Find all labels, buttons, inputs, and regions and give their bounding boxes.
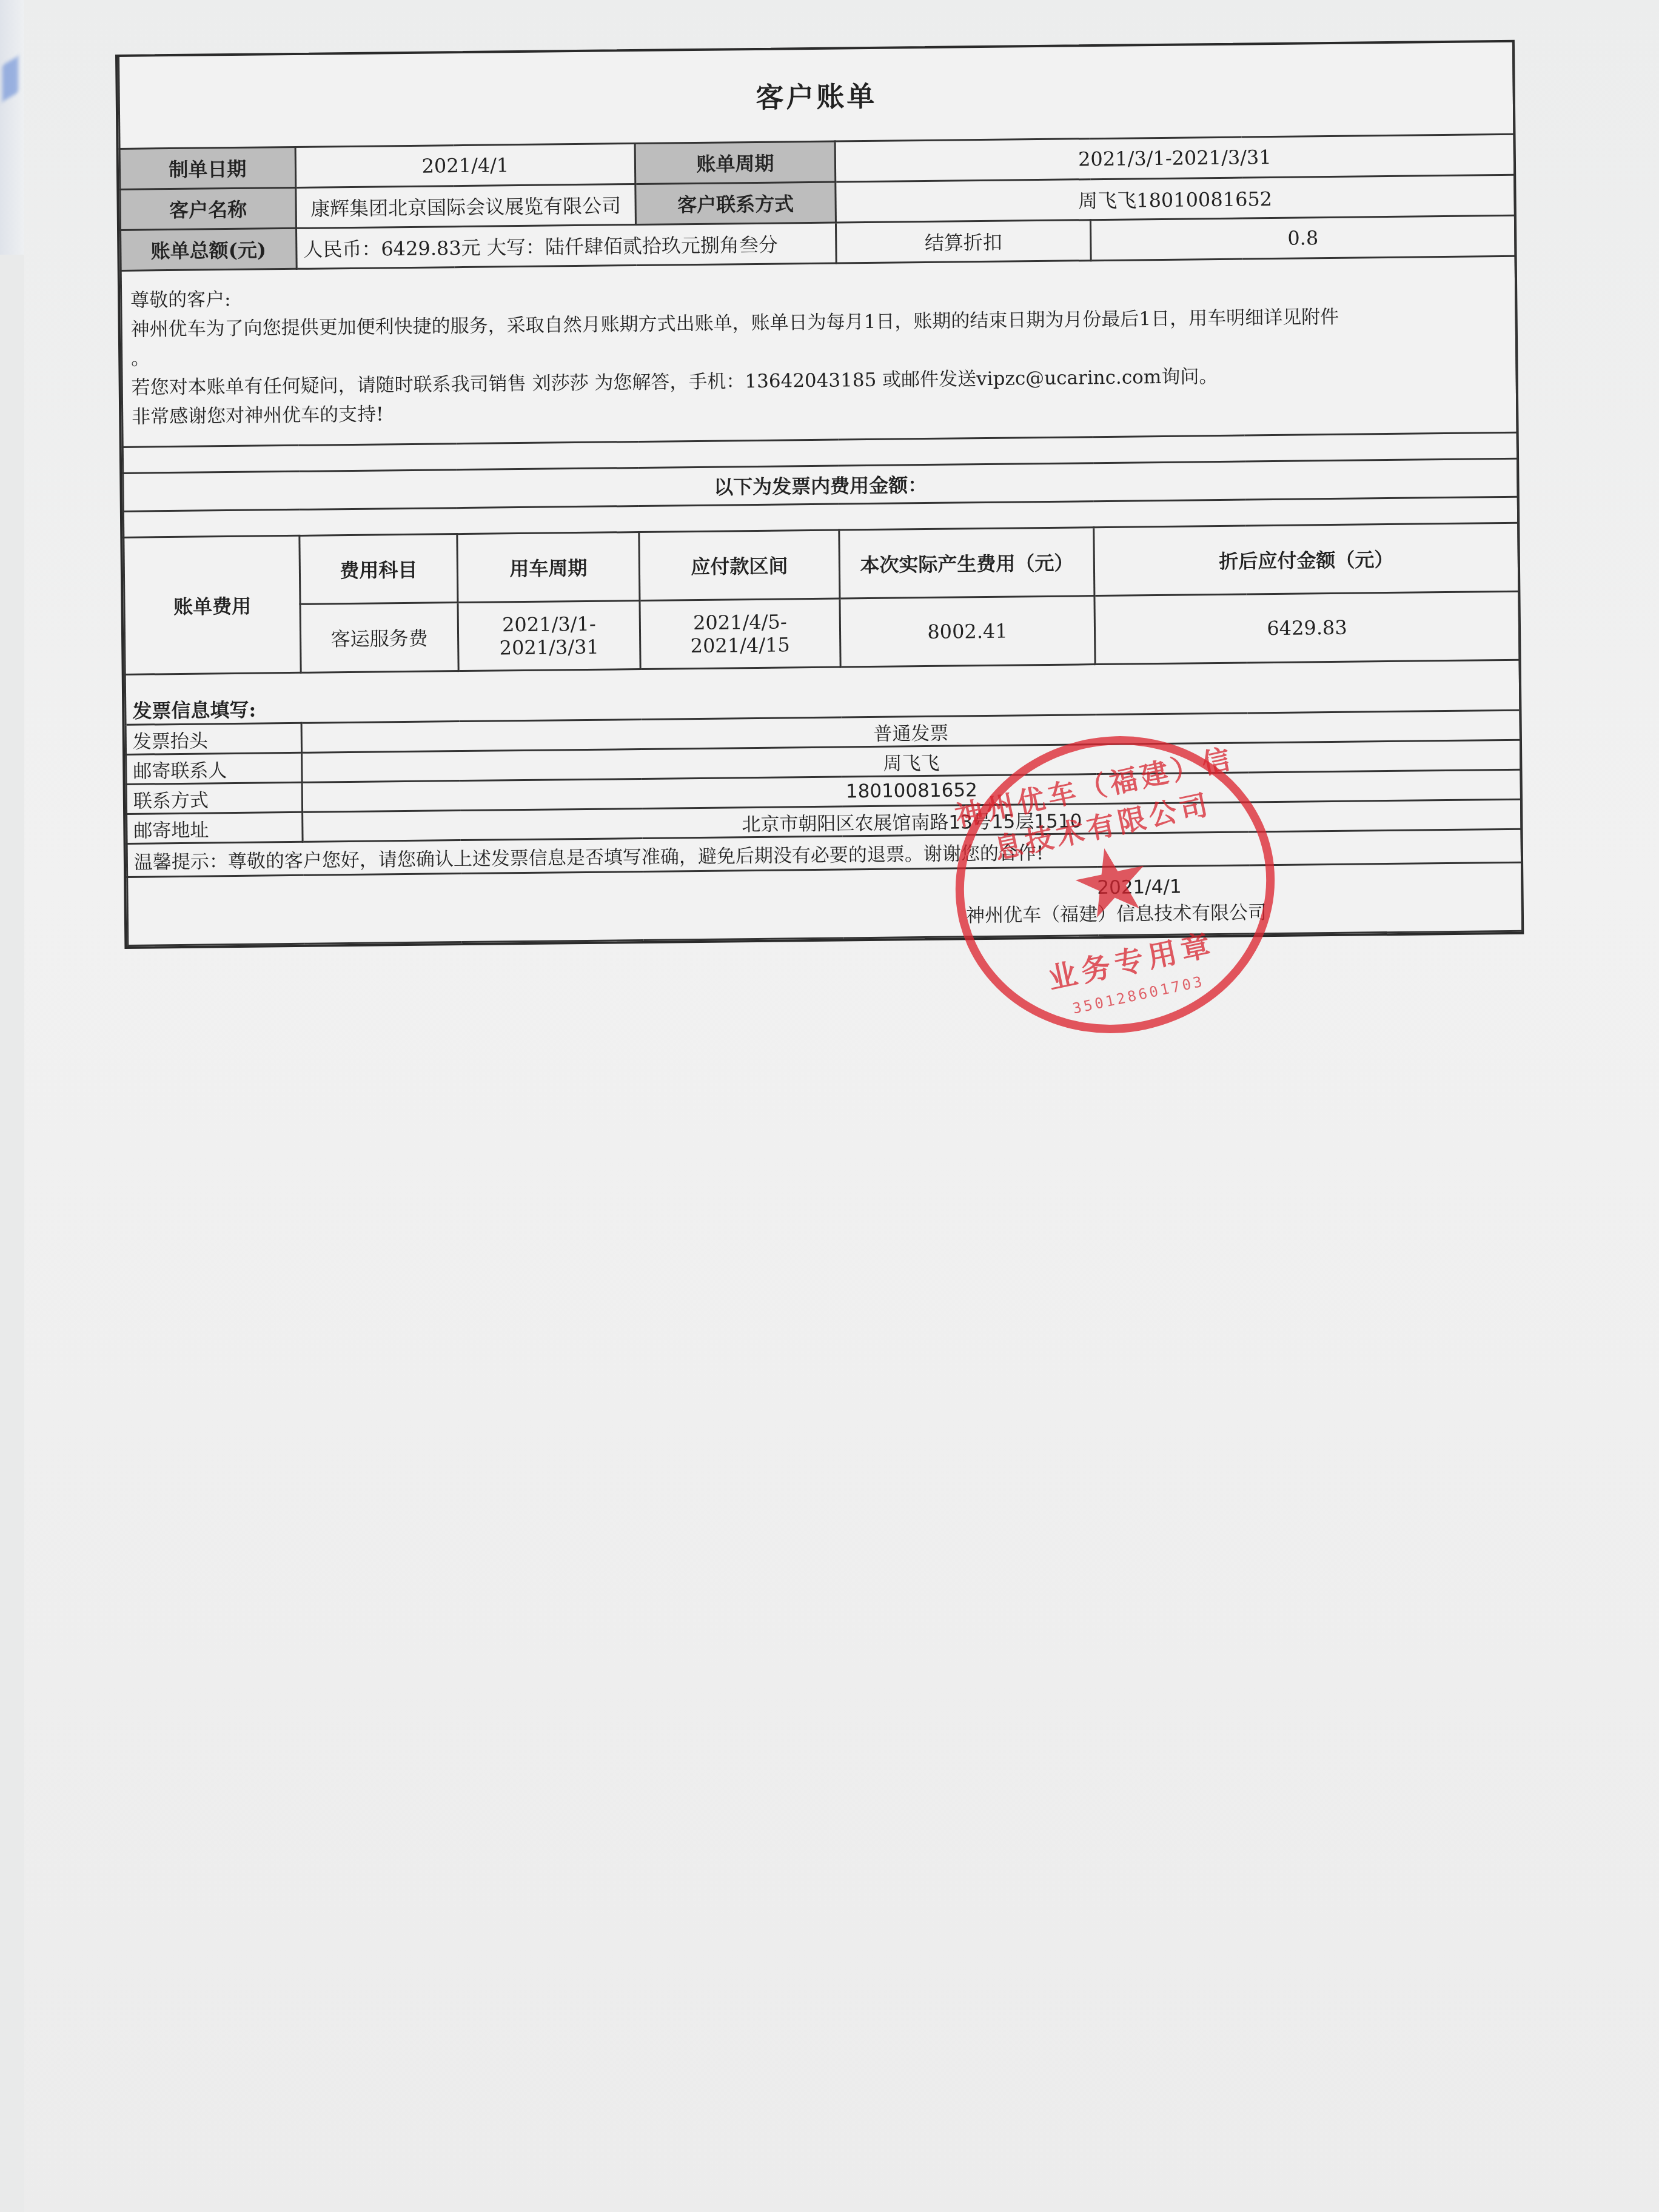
document-title: 客户账单 — [119, 42, 1515, 149]
customer-name-value: 康辉集团北京国际会议展览有限公司 — [296, 184, 636, 229]
bill-table: 客户账单 制单日期 2021/4/1 账单周期 2021/3/1-2021/3/… — [118, 42, 1523, 947]
invoice-header-label: 发票抬头 — [126, 723, 301, 754]
signature-block: 2021/4/1 神州优车（福建）信息技术有限公司 — [127, 862, 1523, 945]
adjacent-paper-edge — [0, 0, 24, 255]
fee-item: 客运服务费 — [300, 603, 458, 673]
fee-col-actual-cost: 本次实际产生费用（元） — [839, 528, 1094, 598]
fee-actual-cost: 8002.41 — [840, 596, 1095, 667]
fees-row-label: 账单费用 — [124, 535, 301, 674]
mail-contact-label: 邮寄联系人 — [126, 752, 302, 784]
bill-total-label: 账单总额(元) — [121, 228, 297, 270]
contact-phone-label: 联系方式 — [126, 782, 302, 814]
fee-col-item: 费用科目 — [300, 534, 458, 605]
paper-sheet: 客户账单 制单日期 2021/4/1 账单周期 2021/3/1-2021/3/… — [24, 0, 1659, 2212]
fee-discounted-amount: 6429.83 — [1094, 591, 1520, 664]
customer-bill-form: 客户账单 制单日期 2021/4/1 账单周期 2021/3/1-2021/3/… — [115, 40, 1524, 949]
fee-col-payment-window: 应付款区间 — [639, 530, 840, 600]
fee-col-usage-period: 用车周期 — [457, 532, 640, 602]
discount-value: 0.8 — [1090, 215, 1515, 260]
customer-contact-value: 周飞飞18010081652 — [836, 175, 1515, 223]
bill-period-value: 2021/3/1-2021/3/31 — [835, 134, 1515, 182]
discount-label: 结算折扣 — [836, 220, 1091, 263]
customer-name-label: 客户名称 — [120, 187, 297, 230]
blue-ink-mark — [2, 56, 18, 101]
mail-address-label: 邮寄地址 — [127, 812, 303, 843]
customer-notice: 尊敬的客户: 神州优车为了向您提供更加便利快捷的服务，采取自然月账期方式出账单，… — [121, 256, 1517, 447]
fee-payment-window: 2021/4/5-2021/4/15 — [640, 598, 840, 669]
bill-total-value: 人民币：6429.83元 大写：陆仟肆佰贰拾玖元捌角叁分 — [297, 223, 837, 269]
bill-period-label: 账单周期 — [635, 141, 836, 184]
fee-usage-period: 2021/3/1-2021/3/31 — [458, 600, 640, 671]
seal-code: 350128601703 — [988, 955, 1289, 1034]
create-date-value: 2021/4/1 — [295, 144, 635, 188]
customer-contact-label: 客户联系方式 — [635, 182, 836, 224]
create-date-label: 制单日期 — [119, 147, 296, 189]
fee-col-discounted-amount: 折后应付金额（元） — [1094, 523, 1519, 595]
